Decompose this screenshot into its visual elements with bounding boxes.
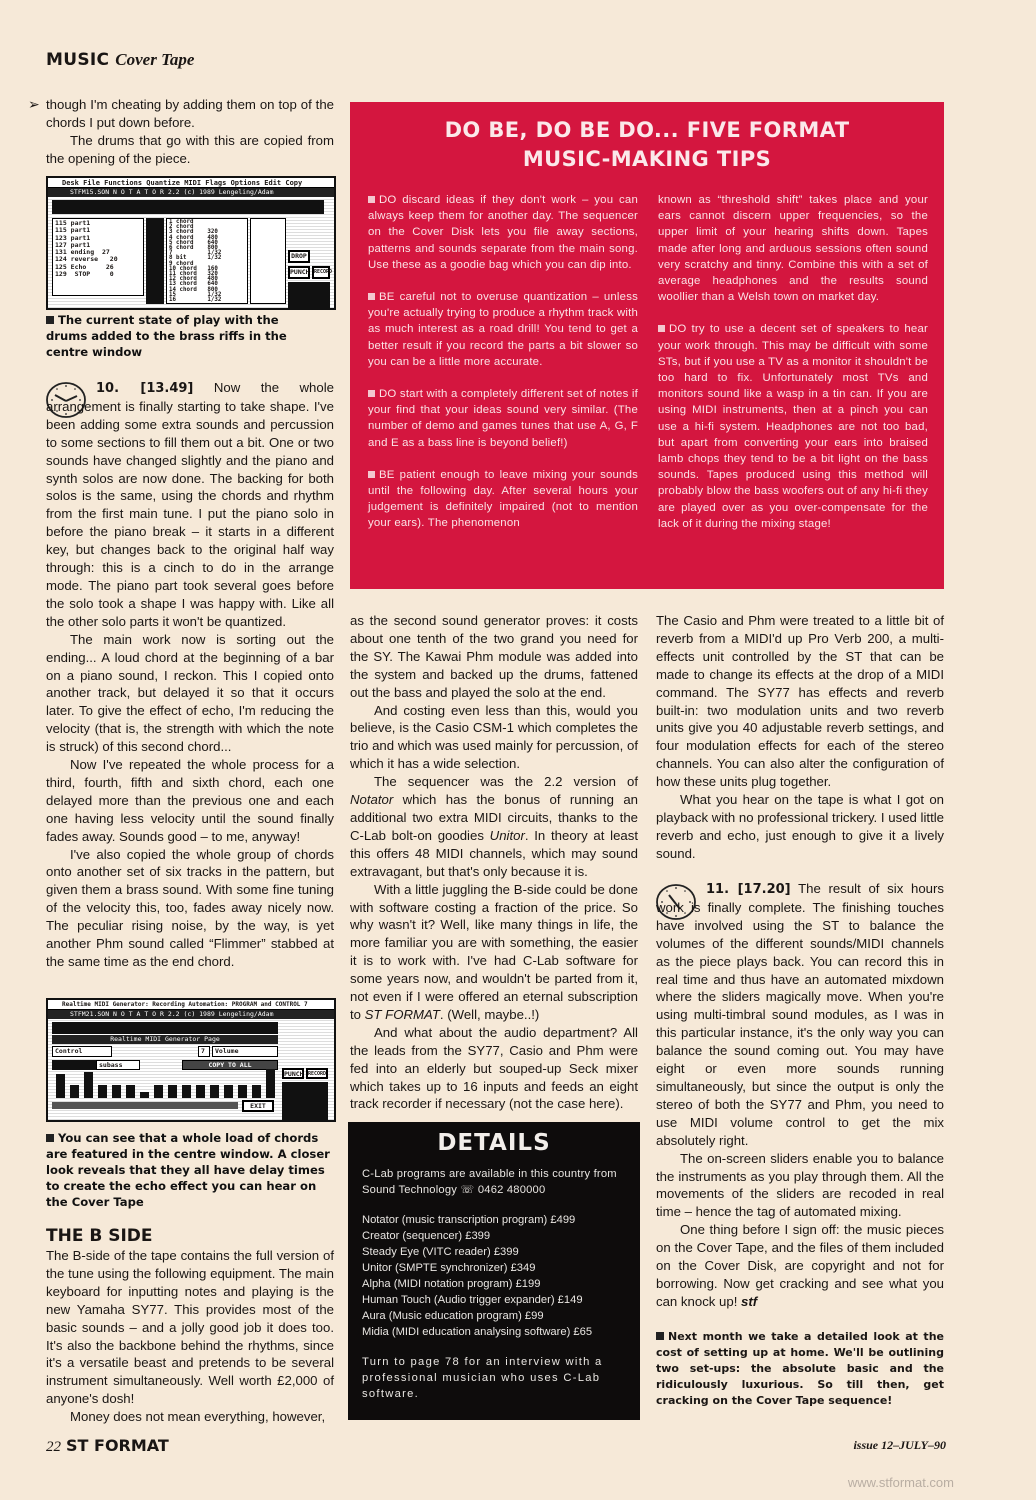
bullet-square-icon <box>368 390 375 397</box>
transport-buttons <box>288 282 330 308</box>
details-title: DETAILS <box>362 1128 626 1158</box>
issue-label: issue 12–JULY–90 <box>853 1438 946 1453</box>
price-item: Human Touch (Audio trigger expander) £14… <box>362 1292 626 1308</box>
step-heading: 11. [17.20] <box>706 882 791 897</box>
volume-slider <box>168 1085 177 1098</box>
volume-slider <box>56 1074 65 1098</box>
generator-page-title: Realtime MIDI Generator Page <box>52 1035 278 1044</box>
paragraph: With a little juggling the B-side could … <box>350 881 638 1024</box>
volume-slider <box>210 1085 219 1098</box>
paragraph: I've also copied the whole group of chor… <box>46 846 334 971</box>
next-month-note: Next month we take a detailed look at th… <box>656 1329 944 1409</box>
bullet-square-icon <box>46 316 54 324</box>
price-item: Midia (MIDI education analysing software… <box>362 1324 626 1340</box>
arrange-list: 115 part1 115 part1 123 part1 127 part1 … <box>52 218 144 296</box>
paragraph: The sequencer was the 2.2 version of Not… <box>350 773 638 880</box>
b-side-section: THE B SIDE The B-side of the tape contai… <box>46 1226 334 1426</box>
details-intro: C-Lab programs are available in this cou… <box>362 1166 626 1198</box>
tip-continuation: known as “threshold shift” takes place a… <box>658 192 928 305</box>
page-header: MUSIC Cover Tape <box>46 50 194 70</box>
volume-slider <box>154 1085 163 1098</box>
price-item: Unitor (SMPTE synchronizer) £349 <box>362 1260 626 1276</box>
section-label: MUSIC <box>46 50 109 70</box>
screenshot-titlebar: STFM21.SON N O T A T O R 2.2 (c) 1989 Le… <box>48 1010 334 1019</box>
magazine-page: MUSIC Cover Tape ➢ though I'm cheating b… <box>0 0 1036 1500</box>
transport-bar <box>52 1022 278 1034</box>
record-button: RECORD <box>306 1068 328 1079</box>
magazine-name: ST FORMAT <box>66 1436 169 1455</box>
screenshot-menubar: Desk File Functions Quantize MIDI Flags … <box>48 178 334 188</box>
page-number: 22 <box>46 1439 61 1456</box>
column-1-intro: though I'm cheating by adding them on to… <box>46 96 334 168</box>
paragraph: The drums that go with this are copied f… <box>46 132 334 168</box>
volume-slider <box>224 1085 233 1098</box>
price-item: Notator (music transcription program) £4… <box>362 1212 626 1228</box>
controller-number: 7 <box>198 1046 210 1057</box>
punch-button: PUNCH <box>282 1068 304 1079</box>
realtime-midi-generator-screenshot: Realtime MIDI Generator: Recording Autom… <box>46 998 336 1122</box>
volume-slider <box>126 1085 135 1098</box>
port-label: subass <box>96 1060 140 1070</box>
bullet-square-icon <box>656 1332 664 1340</box>
volume-slider <box>84 1072 93 1098</box>
details-box: DETAILS C-Lab programs are available in … <box>348 1122 640 1420</box>
volume-slider <box>238 1085 247 1098</box>
section-subtitle: Cover Tape <box>115 50 194 70</box>
price-item: Creator (sequencer) £399 <box>362 1228 626 1244</box>
tip: DO start with a completely different set… <box>368 386 638 451</box>
volume-slider <box>70 1085 79 1098</box>
volume-slider <box>266 1069 275 1098</box>
column-3: The Casio and Phm were treated to a litt… <box>656 612 944 863</box>
volume-slider <box>196 1085 205 1098</box>
column-strip <box>146 218 164 304</box>
pattern-list: 1 chord 2 chord 3 chord 320 4 chord 480 … <box>166 218 248 304</box>
paragraph: The B-side of the tape contains the full… <box>46 1247 334 1408</box>
step-heading: 10. [13.49] <box>96 381 193 396</box>
paragraph: One thing before I sign off: the music p… <box>656 1221 944 1311</box>
paragraph: And what about the audio department? All… <box>350 1024 638 1114</box>
section-heading: THE B SIDE <box>46 1226 334 1246</box>
screenshot-caption-1: The current state of play with the drums… <box>46 312 316 360</box>
status-field: Control <box>52 1046 112 1057</box>
paragraph: What you hear on the tape is what I got … <box>656 791 944 863</box>
track-params <box>250 218 286 304</box>
bullet-square-icon <box>368 471 375 478</box>
page-footer: 22 ST FORMAT <box>46 1436 169 1456</box>
price-list: Notator (music transcription program) £4… <box>362 1212 626 1340</box>
punch-button: PUNCH <box>288 266 310 279</box>
volume-slider <box>112 1085 121 1098</box>
signoff: stf <box>741 1294 757 1309</box>
paragraph: though I'm cheating by adding them on to… <box>46 96 334 132</box>
transport-buttons <box>282 1082 328 1120</box>
volume-slider <box>98 1085 107 1098</box>
volume-slider <box>182 1085 191 1098</box>
step-11: 11. [17.20] The result of six hours work… <box>656 880 944 1409</box>
step-10: 10. [13.49] Now the whole arrangement is… <box>46 379 334 971</box>
price-item: Alpha (MIDI notation program) £199 <box>362 1276 626 1292</box>
watermark: www.stformat.com <box>848 1475 954 1490</box>
tips-column-left: DO discard ideas if they don't work – yo… <box>368 192 638 548</box>
bullet-square-icon <box>368 196 375 203</box>
price-item: Steady Eye (VITC reader) £399 <box>362 1244 626 1260</box>
column-2: as the second sound generator proves: it… <box>350 612 638 1113</box>
tip: BE patient enough to leave mixing your s… <box>368 467 638 532</box>
tips-box: DO BE, DO BE DO... FIVE FORMAT MUSIC-MAK… <box>350 102 944 589</box>
tips-title: DO BE, DO BE DO... FIVE FORMAT MUSIC-MAK… <box>350 102 944 174</box>
slider-bottom-strip <box>52 1102 238 1109</box>
continuation-arrow-icon: ➢ <box>28 96 40 113</box>
tip: BE careful not to overuse quantization –… <box>368 289 638 370</box>
paragraph: The Casio and Phm were treated to a litt… <box>656 612 944 791</box>
screenshot-menubar: Realtime MIDI Generator: Recording Autom… <box>48 1000 334 1010</box>
screenshot-titlebar: STFM15.SON N O T A T O R 2.2 (c) 1989 Le… <box>48 188 334 197</box>
copy-to-all-button: COPY TO ALL <box>182 1060 278 1070</box>
paragraph: The on-screen sliders enable you to bala… <box>656 1150 944 1222</box>
tips-column-right: known as “threshold shift” takes place a… <box>658 192 928 548</box>
notator-screenshot-1: Desk File Functions Quantize MIDI Flags … <box>46 176 336 310</box>
controller-name: Volume <box>212 1046 278 1057</box>
details-outro: Turn to page 78 for an interview with a … <box>362 1354 626 1402</box>
bullet-square-icon <box>658 325 665 332</box>
paragraph: Money does not mean everything, however, <box>46 1408 334 1426</box>
paragraph: Now I've repeated the whole process for … <box>46 756 334 846</box>
tip: DO discard ideas if they don't work – yo… <box>368 192 638 273</box>
bullet-square-icon <box>368 293 375 300</box>
screenshot-caption-2: You can see that a whole load of chords … <box>46 1130 336 1210</box>
transport-bar <box>52 200 324 214</box>
price-item: Aura (Music education program) £99 <box>362 1308 626 1324</box>
volume-slider <box>252 1085 261 1098</box>
bullet-square-icon <box>46 1134 54 1142</box>
paragraph: The main work now is sorting out the end… <box>46 631 334 756</box>
tip: DO try to use a decent set of speakers t… <box>658 321 928 532</box>
drop-button: DROP <box>288 250 310 263</box>
paragraph: as the second sound generator proves: it… <box>350 612 638 702</box>
paragraph: And costing even less than this, would y… <box>350 702 638 774</box>
exit-button: EXIT <box>242 1100 274 1112</box>
volume-slider <box>140 1092 149 1098</box>
record-button: RECORD <box>312 266 330 279</box>
